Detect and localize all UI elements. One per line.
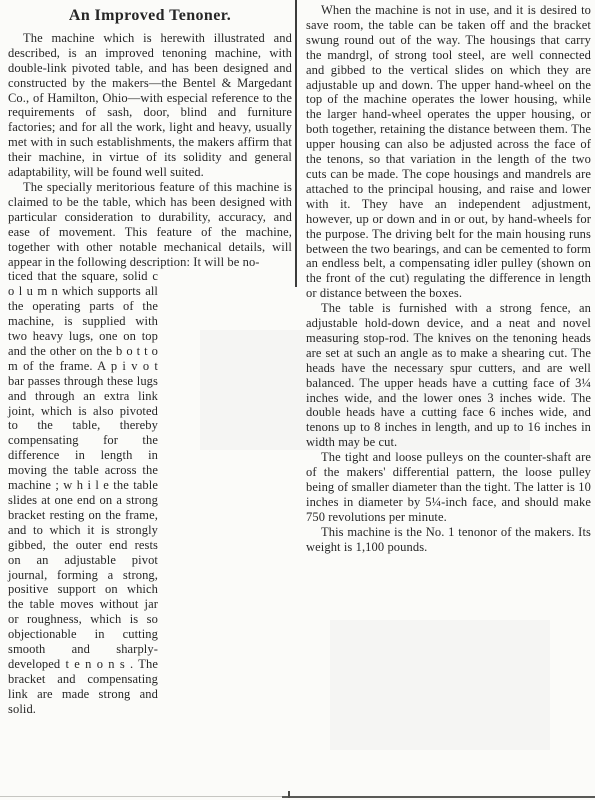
- right-paragraph-1: When the machine is not in use, and it i…: [306, 3, 591, 301]
- left-paragraph-2-narrow: ticed that the square, solid c o l u m n…: [8, 269, 158, 716]
- left-paragraph-1: The machine which is herewith illustrate…: [8, 31, 292, 180]
- left-paragraph-2-wide: The specially meritorious feature of thi…: [8, 180, 292, 269]
- right-paragraph-3: The tight and loose pulleys on the count…: [306, 450, 591, 525]
- column-divider-rule: [295, 0, 297, 287]
- right-paragraph-4: This machine is the No. 1 tenonor of the…: [306, 525, 591, 555]
- left-column: An Improved Tenoner. The machine which i…: [8, 0, 292, 717]
- scan-artifact-tick: [288, 791, 290, 798]
- right-paragraph-2: The table is furnished with a strong fen…: [306, 301, 591, 450]
- right-column: When the machine is not in use, and it i…: [306, 0, 591, 555]
- page-bottom-edge-dark: [282, 796, 595, 798]
- scanned-article-page: An Improved Tenoner. The machine which i…: [0, 0, 595, 800]
- article-title: An Improved Tenoner.: [8, 9, 292, 24]
- bleed-through-artifact: [330, 620, 550, 750]
